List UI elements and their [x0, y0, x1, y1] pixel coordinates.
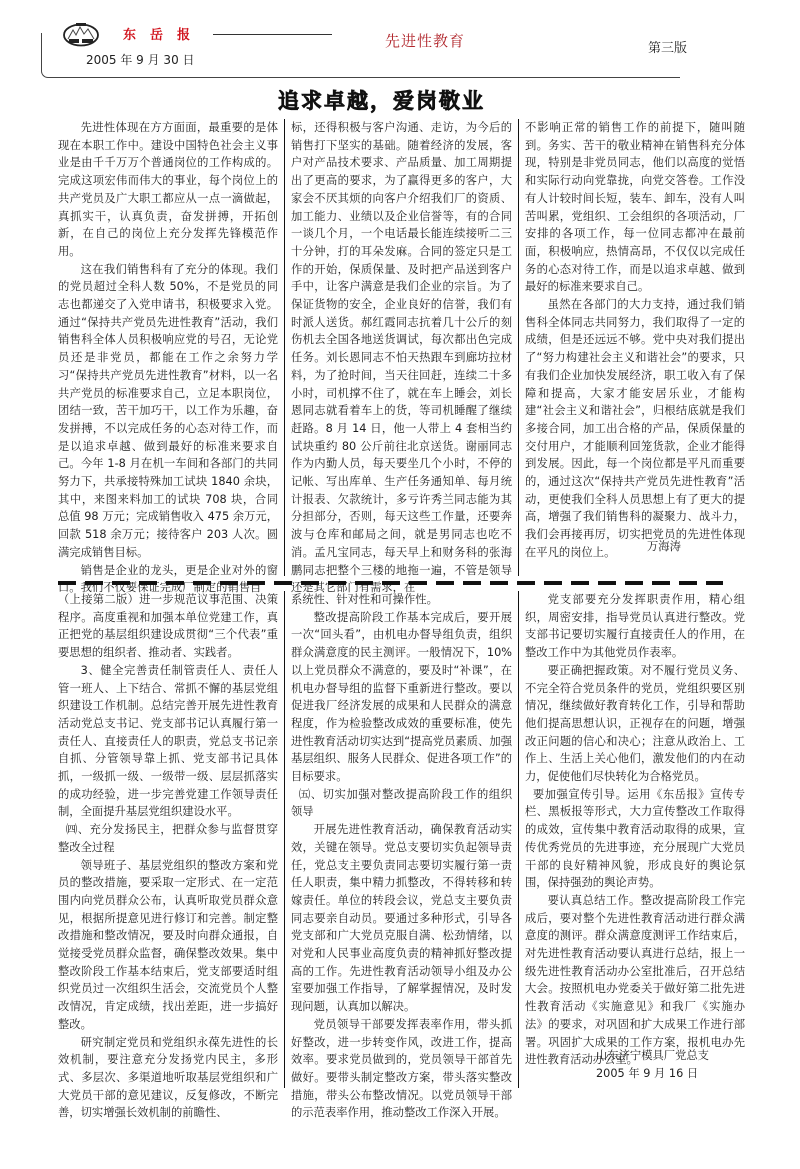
column-divider [284, 591, 285, 1088]
paragraph: 这在我们销售科有了充分的体现。我们的党员超过全科人数 50%，不是党员的同志也都… [58, 261, 278, 562]
signature-organization: 山东济宁模具厂党总支 [596, 1047, 709, 1064]
article2-column-1: （上接第二版）进一步规范议事范围、决策程序。高度重视和加强本单位党建工作，真正把… [58, 591, 278, 1122]
paper-name: 东岳报 [123, 24, 204, 43]
article-headline: 追求卓越，爱岗敬业 [278, 85, 485, 115]
paragraph: 党员领导干部要发挥表率作用，带头抓好整改，进一步转变作风，改进工作，提高效率。要… [291, 1016, 512, 1122]
section-title: 先进性教育 [385, 30, 465, 51]
article1-column-3: 不影响正常的销售工作的前提下，随叫随到。务实、苦干的敬业精神在销售科充分体现，特… [525, 119, 745, 562]
article2-column-3: 党支部要充分发挥职责作用，精心组织，周密安排，指导党员认真进行整改。党支部书记要… [525, 591, 745, 1069]
paragraph: 标，还得积极与客户沟通、走访，为今后的销售打下坚实的基础。随着经济的发展，客户对… [291, 119, 512, 597]
issue-date: 2005 年 9 月 30 日 [86, 51, 195, 68]
paragraph: 要正确把握政策。对不履行党员义务、不完全符合党员条件的党员，党组织要区别情况，继… [525, 662, 745, 786]
paragraph: 研究制定党员和党组织永葆先进性的长效机制，要注意充分发扬党内民主，多形式、多层次… [58, 1034, 278, 1123]
column-divider [518, 119, 519, 576]
paragraph: （上接第二版）进一步规范议事范围、决策程序。高度重视和加强本单位党建工作，真正把… [58, 591, 278, 662]
dashed-separator [58, 581, 723, 585]
article1-column-2: 标，还得积极与客户沟通、走访，为今后的销售打下坚实的基础。随着经济的发展，客户对… [291, 119, 512, 597]
header-rule [340, 77, 680, 78]
article2-column-2: 系统性、针对性和可操作性。 整改提高阶段工作基本完成后，要开展一次“回头看”，由… [291, 591, 512, 1122]
paragraph: 要加强宣传引导。运用《东岳报》宣传专栏、黑板报等形式，大力宣传整改工作取得的成效… [525, 786, 745, 892]
column-divider [284, 119, 285, 576]
masthead-divider [213, 34, 332, 35]
paragraph: 领导班子、基层党组织的整改方案和党员的整改措施，要采取一定形式、在一定范围内向党… [58, 857, 278, 1034]
page-number: 第三版 [648, 37, 687, 56]
paragraph: 开展先进性教育活动，确保教育活动实效，关键在领导。党总支要切实负起领导责任，党总… [291, 821, 512, 1016]
paragraph: 系统性、针对性和可操作性。 [291, 591, 512, 609]
paragraph: 要认真总结工作。整改提高阶段工作完成后，要对整个先进性教育活动进行群众满意度的测… [525, 892, 745, 1069]
subheading: ㈣、充分发扬民主，把群众参与监督贯穿整改全过程 [58, 821, 278, 856]
subheading: ㈤、切实加强对整改提高阶段工作的组织领导 [291, 786, 512, 821]
newspaper-logo-icon [62, 22, 100, 47]
paragraph: 不影响正常的销售工作的前提下，随叫随到。务实、苦干的敬业精神在销售科充分体现，特… [525, 119, 745, 296]
article-author: 万海涛 [647, 538, 681, 555]
paragraph: 3、健全完善责任制管责任人、责任人管一班人、上下结合、常抓不懈的基层党组织建设工… [58, 662, 278, 821]
paragraph: 整改提高阶段工作基本完成后，要开展一次“回头看”，由机电办督导组负责，组织群众满… [291, 609, 512, 786]
paragraph: 党支部要充分发挥职责作用，精心组织，周密安排，指导党员认真进行整改。党支部书记要… [525, 591, 745, 662]
column-divider [518, 591, 519, 1088]
article1-column-1: 先进性体现在方方面面，最重要的是体现在本职工作中。建设中国特色社会主义事业是由千… [58, 119, 278, 597]
paragraph: 先进性体现在方方面面，最重要的是体现在本职工作中。建设中国特色社会主义事业是由千… [58, 119, 278, 261]
signature-date: 2005 年 9 月 16 日 [596, 1065, 698, 1082]
paragraph: 虽然在各部门的大力支持，通过我们销售科全体同志共同努力，我们取得了一定的成绩，但… [525, 296, 745, 562]
